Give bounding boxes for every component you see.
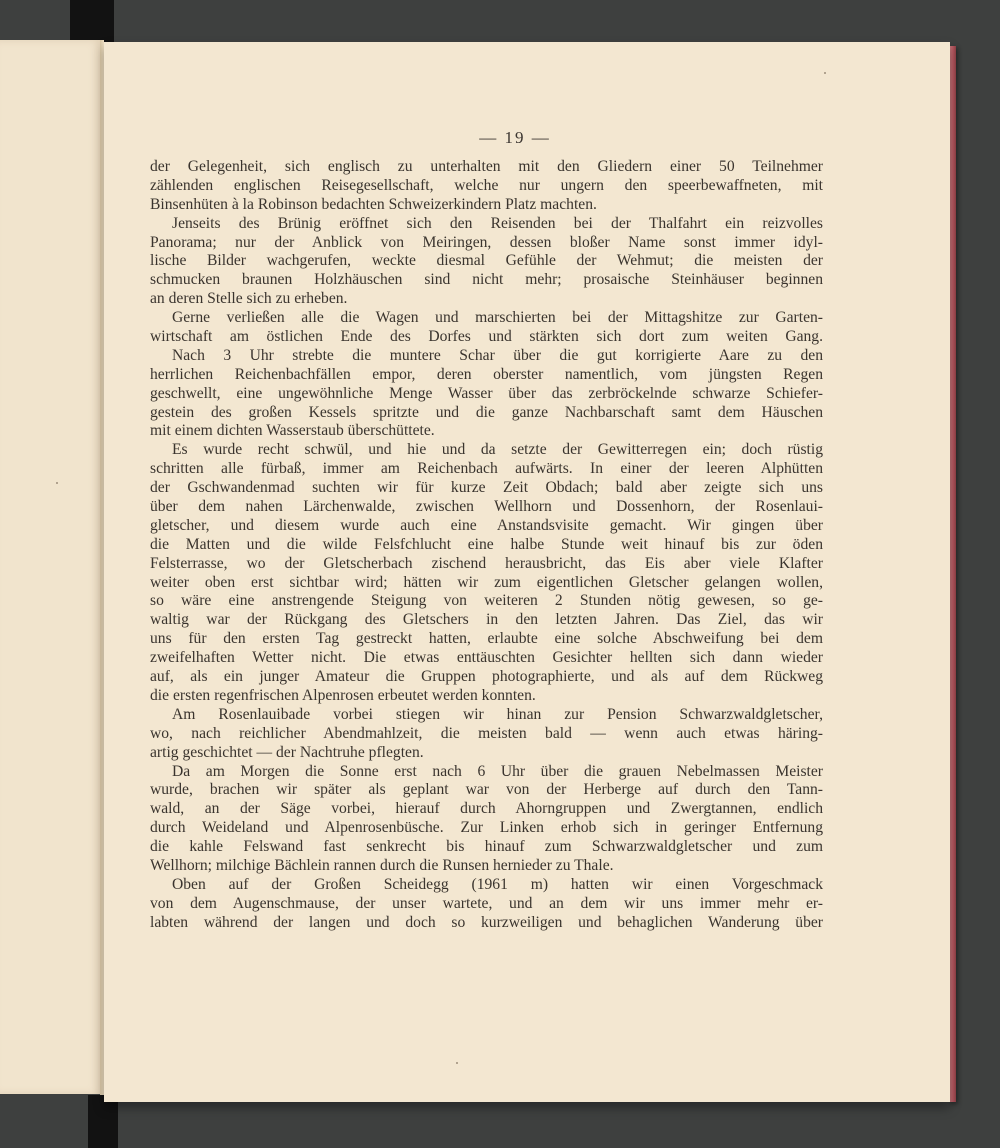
text-line: gletscher, und diesem wurde auch eine An…	[150, 517, 823, 536]
text-line: uns für den ersten Tag gestreckt hatten,…	[150, 630, 823, 649]
bookmark-ribbon-bottom	[88, 1095, 118, 1148]
text-line: gestein des großen Kessels spritzte und …	[150, 404, 823, 423]
text-line: so wäre eine anstrengende Steigung von w…	[150, 592, 823, 611]
text-line: waltig war der Rückgang des Gletschers i…	[150, 611, 823, 630]
text-line: über dem nahen Lärchenwalde, zwischen We…	[150, 498, 823, 517]
text-line: auf, als ein junger Amateur die Gruppen …	[150, 668, 823, 687]
text-line: schritten alle fürbaß, immer am Reichenb…	[150, 460, 823, 479]
text-line: lische Bilder wachgerufen, weckte diesma…	[150, 252, 823, 271]
left-page-edge	[0, 40, 102, 1094]
text-line: die kahle Felswand fast senkrecht bis hi…	[150, 838, 823, 857]
text-line: von dem Augenschmause, der unser wartete…	[150, 895, 823, 914]
text-line: Jenseits des Brünig eröffnet sich den Re…	[150, 215, 823, 234]
text-line: herrlichen Reichenbachfällen empor, dere…	[150, 366, 823, 385]
text-line: weiter oben erst sichtbar wird; hätten w…	[150, 574, 823, 593]
text-line: labten während der langen und doch so ku…	[150, 914, 823, 933]
text-line: artig geschichtet — der Nachtruhe pflegt…	[150, 744, 823, 763]
text-line: mit einem dichten Wasserstaub überschütt…	[150, 422, 823, 441]
paper-speck	[56, 482, 58, 484]
text-line: der Gschwandenmad suchten wir für kurze …	[150, 479, 823, 498]
text-line: Nach 3 Uhr strebte die muntere Schar übe…	[150, 347, 823, 366]
text-line: wirtschaft am östlichen Ende des Dorfes …	[150, 328, 823, 347]
text-line: Oben auf der Großen Scheidegg (1961 m) h…	[150, 876, 823, 895]
text-line: die Matten und die wilde Felsfchlucht ei…	[150, 536, 823, 555]
text-line: Panorama; nur der Anblick von Meiringen,…	[150, 234, 823, 253]
text-line: geschwellt, eine ungewöhnliche Menge Was…	[150, 385, 823, 404]
body-text: der Gelegenheit, sich englisch zu unterh…	[150, 158, 823, 933]
text-line: Gerne verließen alle die Wagen und marsc…	[150, 309, 823, 328]
text-line: zählenden englischen Reisegesellschaft, …	[150, 177, 823, 196]
paper-speck	[824, 72, 826, 74]
text-line: Binsenhüten à la Robinson bedachten Schw…	[150, 196, 823, 215]
text-line: der Gelegenheit, sich englisch zu unterh…	[150, 158, 823, 177]
text-line: Felsterrasse, wo der Gletscherbach zisch…	[150, 555, 823, 574]
text-line: die ersten regenfrischen Alpenrosen erbe…	[150, 687, 823, 706]
text-line: wald, an der Säge vorbei, hierauf durch …	[150, 800, 823, 819]
page-number: — 19 —	[0, 128, 1000, 148]
text-line: Es wurde recht schwül, und hie und da se…	[150, 441, 823, 460]
text-line: Wellhorn; milchige Bächlein rannen durch…	[150, 857, 823, 876]
text-line: durch Weideland und Alpenrosenbüsche. Zu…	[150, 819, 823, 838]
paper-speck	[456, 1062, 458, 1064]
text-line: an deren Stelle sich zu erheben.	[150, 290, 823, 309]
text-line: Da am Morgen die Sonne erst nach 6 Uhr ü…	[150, 763, 823, 782]
text-line: zweifelhaften Wetter nicht. Die etwas en…	[150, 649, 823, 668]
text-line: Am Rosenlauibade vorbei stiegen wir hina…	[150, 706, 823, 725]
text-line: wurde, brachen wir später als geplant wa…	[150, 781, 823, 800]
text-line: schmucken braunen Holzhäuschen sind nich…	[150, 271, 823, 290]
text-line: wo, nach reichlicher Abendmahlzeit, die …	[150, 725, 823, 744]
bookmark-ribbon-top	[70, 0, 114, 42]
